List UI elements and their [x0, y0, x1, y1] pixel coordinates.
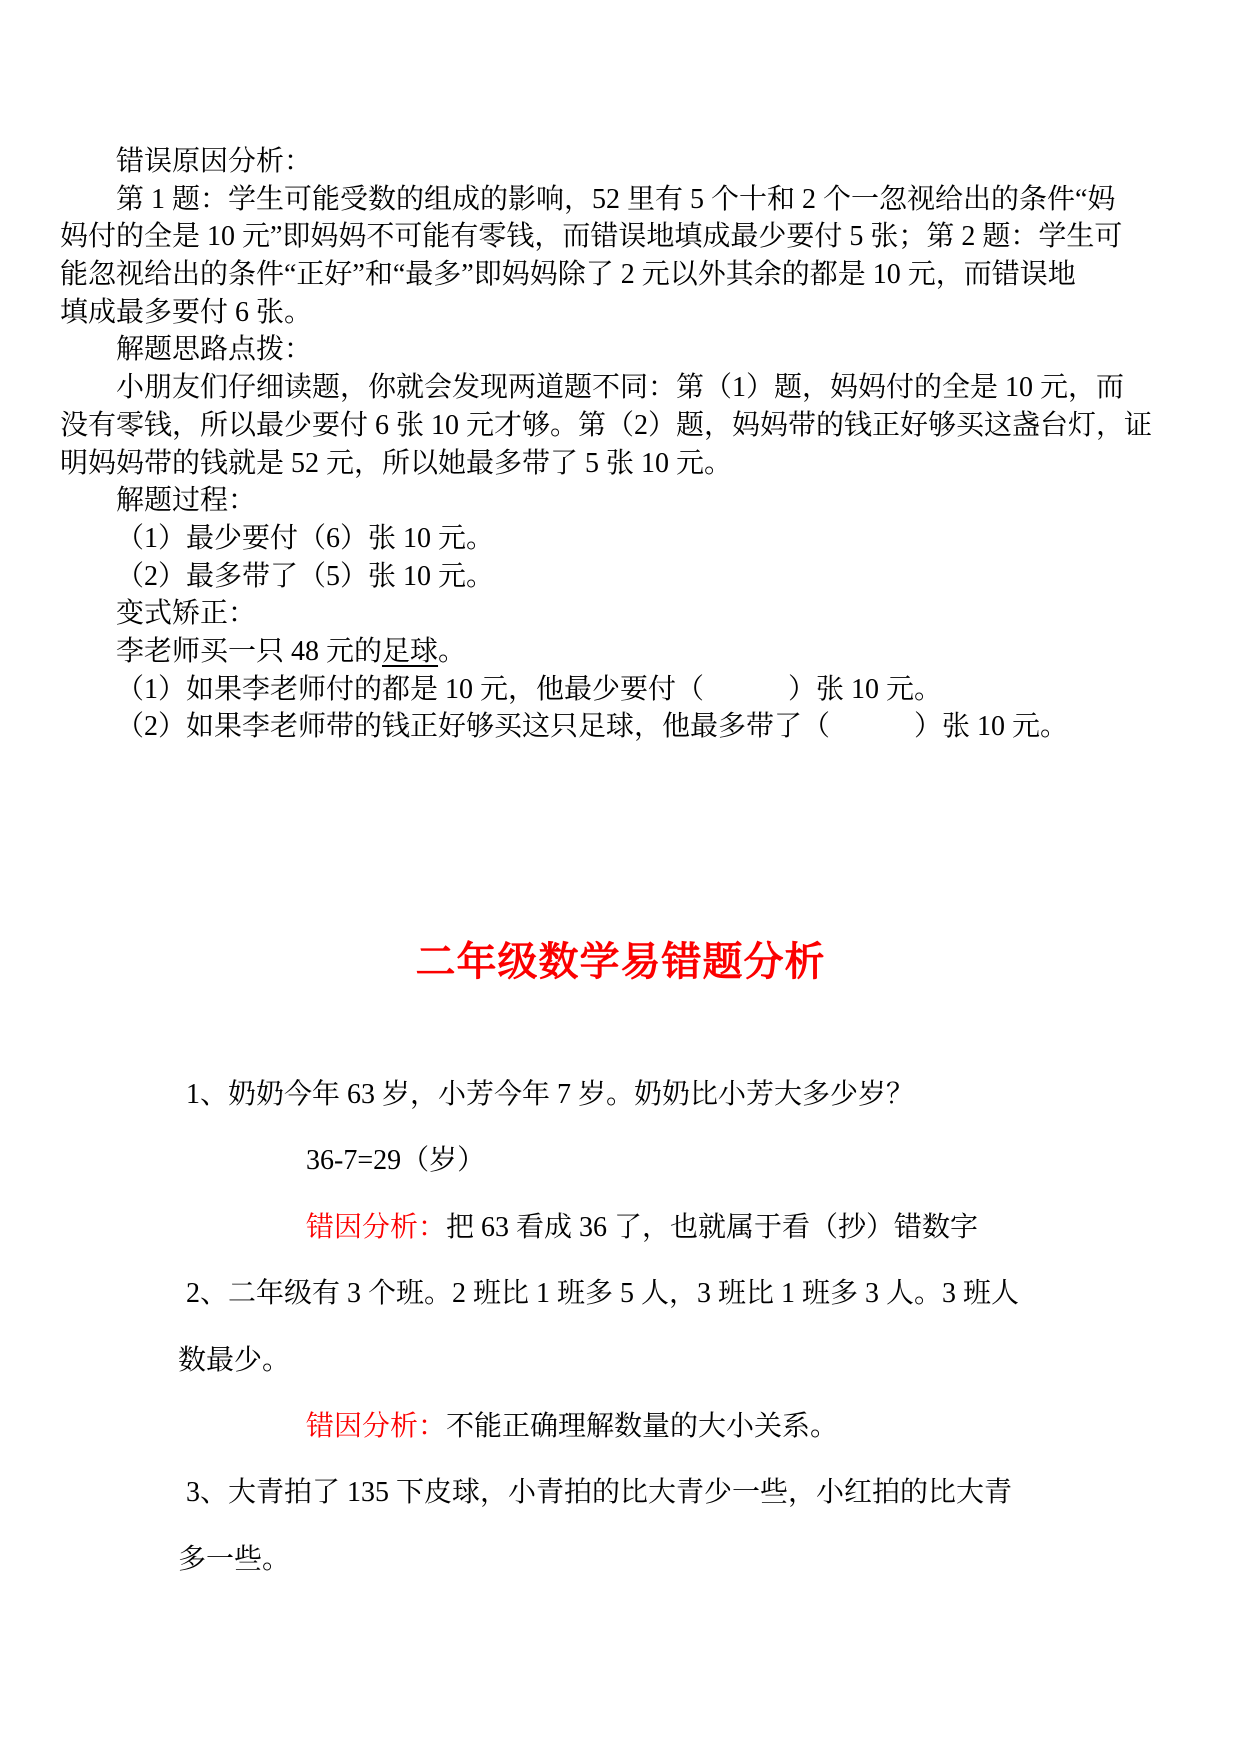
section-error-analysis: 错误原因分析： 第 1 题：学生可能受数的组成的影响，52 里有 5 个十和 2… — [60, 143, 1191, 746]
question-1: 1、奶奶今年 63 岁，小芳今年 7 岁。奶奶比小芳大多少岁？ — [0, 1062, 1241, 1128]
question-3-line-2: 多一些。 — [0, 1527, 1241, 1593]
heading-solution-hints: 解题思路点拨： — [60, 331, 1191, 369]
analysis-text-1: 把 63 看成 36 了，也就属于看（抄）错数字 — [446, 1212, 978, 1243]
para-hints-line-3: 明妈妈带的钱就是 52 元，所以她最多带了 5 张 10 元。 — [60, 445, 1191, 483]
analysis-label-2: 错因分析： — [306, 1411, 446, 1442]
answer-line-2: （2）最多带了（5）张 10 元。 — [60, 558, 1191, 596]
section-grade2-errors: 1、奶奶今年 63 岁，小芳今年 7 岁。奶奶比小芳大多少岁？ 36-7=29（… — [0, 1062, 1241, 1593]
para-cause-line-2: 妈付的全是 10 元”即妈妈不可能有零钱，而错误地填成最少要付 5 张；第 2 … — [60, 218, 1191, 256]
answer-line-1: （1）最少要付（6）张 10 元。 — [60, 520, 1191, 558]
variation-problem-suffix: 。 — [438, 636, 466, 667]
heading-error-cause: 错误原因分析： — [60, 143, 1191, 181]
para-cause-line-3: 能忽视给出的条件“正好”和“最多”即妈妈除了 2 元以外其余的都是 10 元，而… — [60, 256, 1191, 294]
question-3-line-1: 3、大青拍了 135 下皮球，小青拍的比大青少一些，小红拍的比大青 — [0, 1460, 1241, 1526]
analysis-text-2: 不能正确理解数量的大小关系。 — [446, 1411, 838, 1442]
page-title: 二年级数学易错题分析 — [0, 938, 1241, 986]
variation-question-1: （1）如果李老师付的都是 10 元，他最少要付（ ）张 10 元。 — [60, 671, 1191, 709]
question-1-analysis: 错因分析：把 63 看成 36 了，也就属于看（抄）错数字 — [0, 1195, 1241, 1261]
para-cause-line-1: 第 1 题：学生可能受数的组成的影响，52 里有 5 个十和 2 个一忽视给出的… — [60, 181, 1191, 219]
heading-variation: 变式矫正： — [60, 595, 1191, 633]
heading-solution-process: 解题过程： — [60, 482, 1191, 520]
underlined-word: 足球 — [382, 636, 438, 667]
analysis-label-1: 错因分析： — [306, 1212, 446, 1243]
para-hints-line-1: 小朋友们仔细读题，你就会发现两道题不同：第（1）题，妈妈付的全是 10 元，而 — [60, 369, 1191, 407]
question-2-line-1: 2、二年级有 3 个班。2 班比 1 班多 5 人，3 班比 1 班多 3 人。… — [0, 1261, 1241, 1327]
question-1-equation: 36-7=29（岁） — [0, 1128, 1241, 1194]
question-2-line-2: 数最少。 — [0, 1328, 1241, 1394]
para-cause-line-4: 填成最多要付 6 张。 — [60, 294, 1191, 332]
variation-problem-prefix: 李老师买一只 48 元的 — [116, 636, 382, 667]
para-hints-line-2: 没有零钱，所以最少要付 6 张 10 元才够。第（2）题，妈妈带的钱正好够买这盏… — [60, 407, 1191, 445]
document-page: 错误原因分析： 第 1 题：学生可能受数的组成的影响，52 里有 5 个十和 2… — [0, 0, 1241, 1754]
question-2-analysis: 错因分析：不能正确理解数量的大小关系。 — [0, 1394, 1241, 1460]
variation-question-2: （2）如果李老师带的钱正好够买这只足球，他最多带了（ ）张 10 元。 — [60, 708, 1191, 746]
variation-problem-line: 李老师买一只 48 元的足球。 — [60, 633, 1191, 671]
